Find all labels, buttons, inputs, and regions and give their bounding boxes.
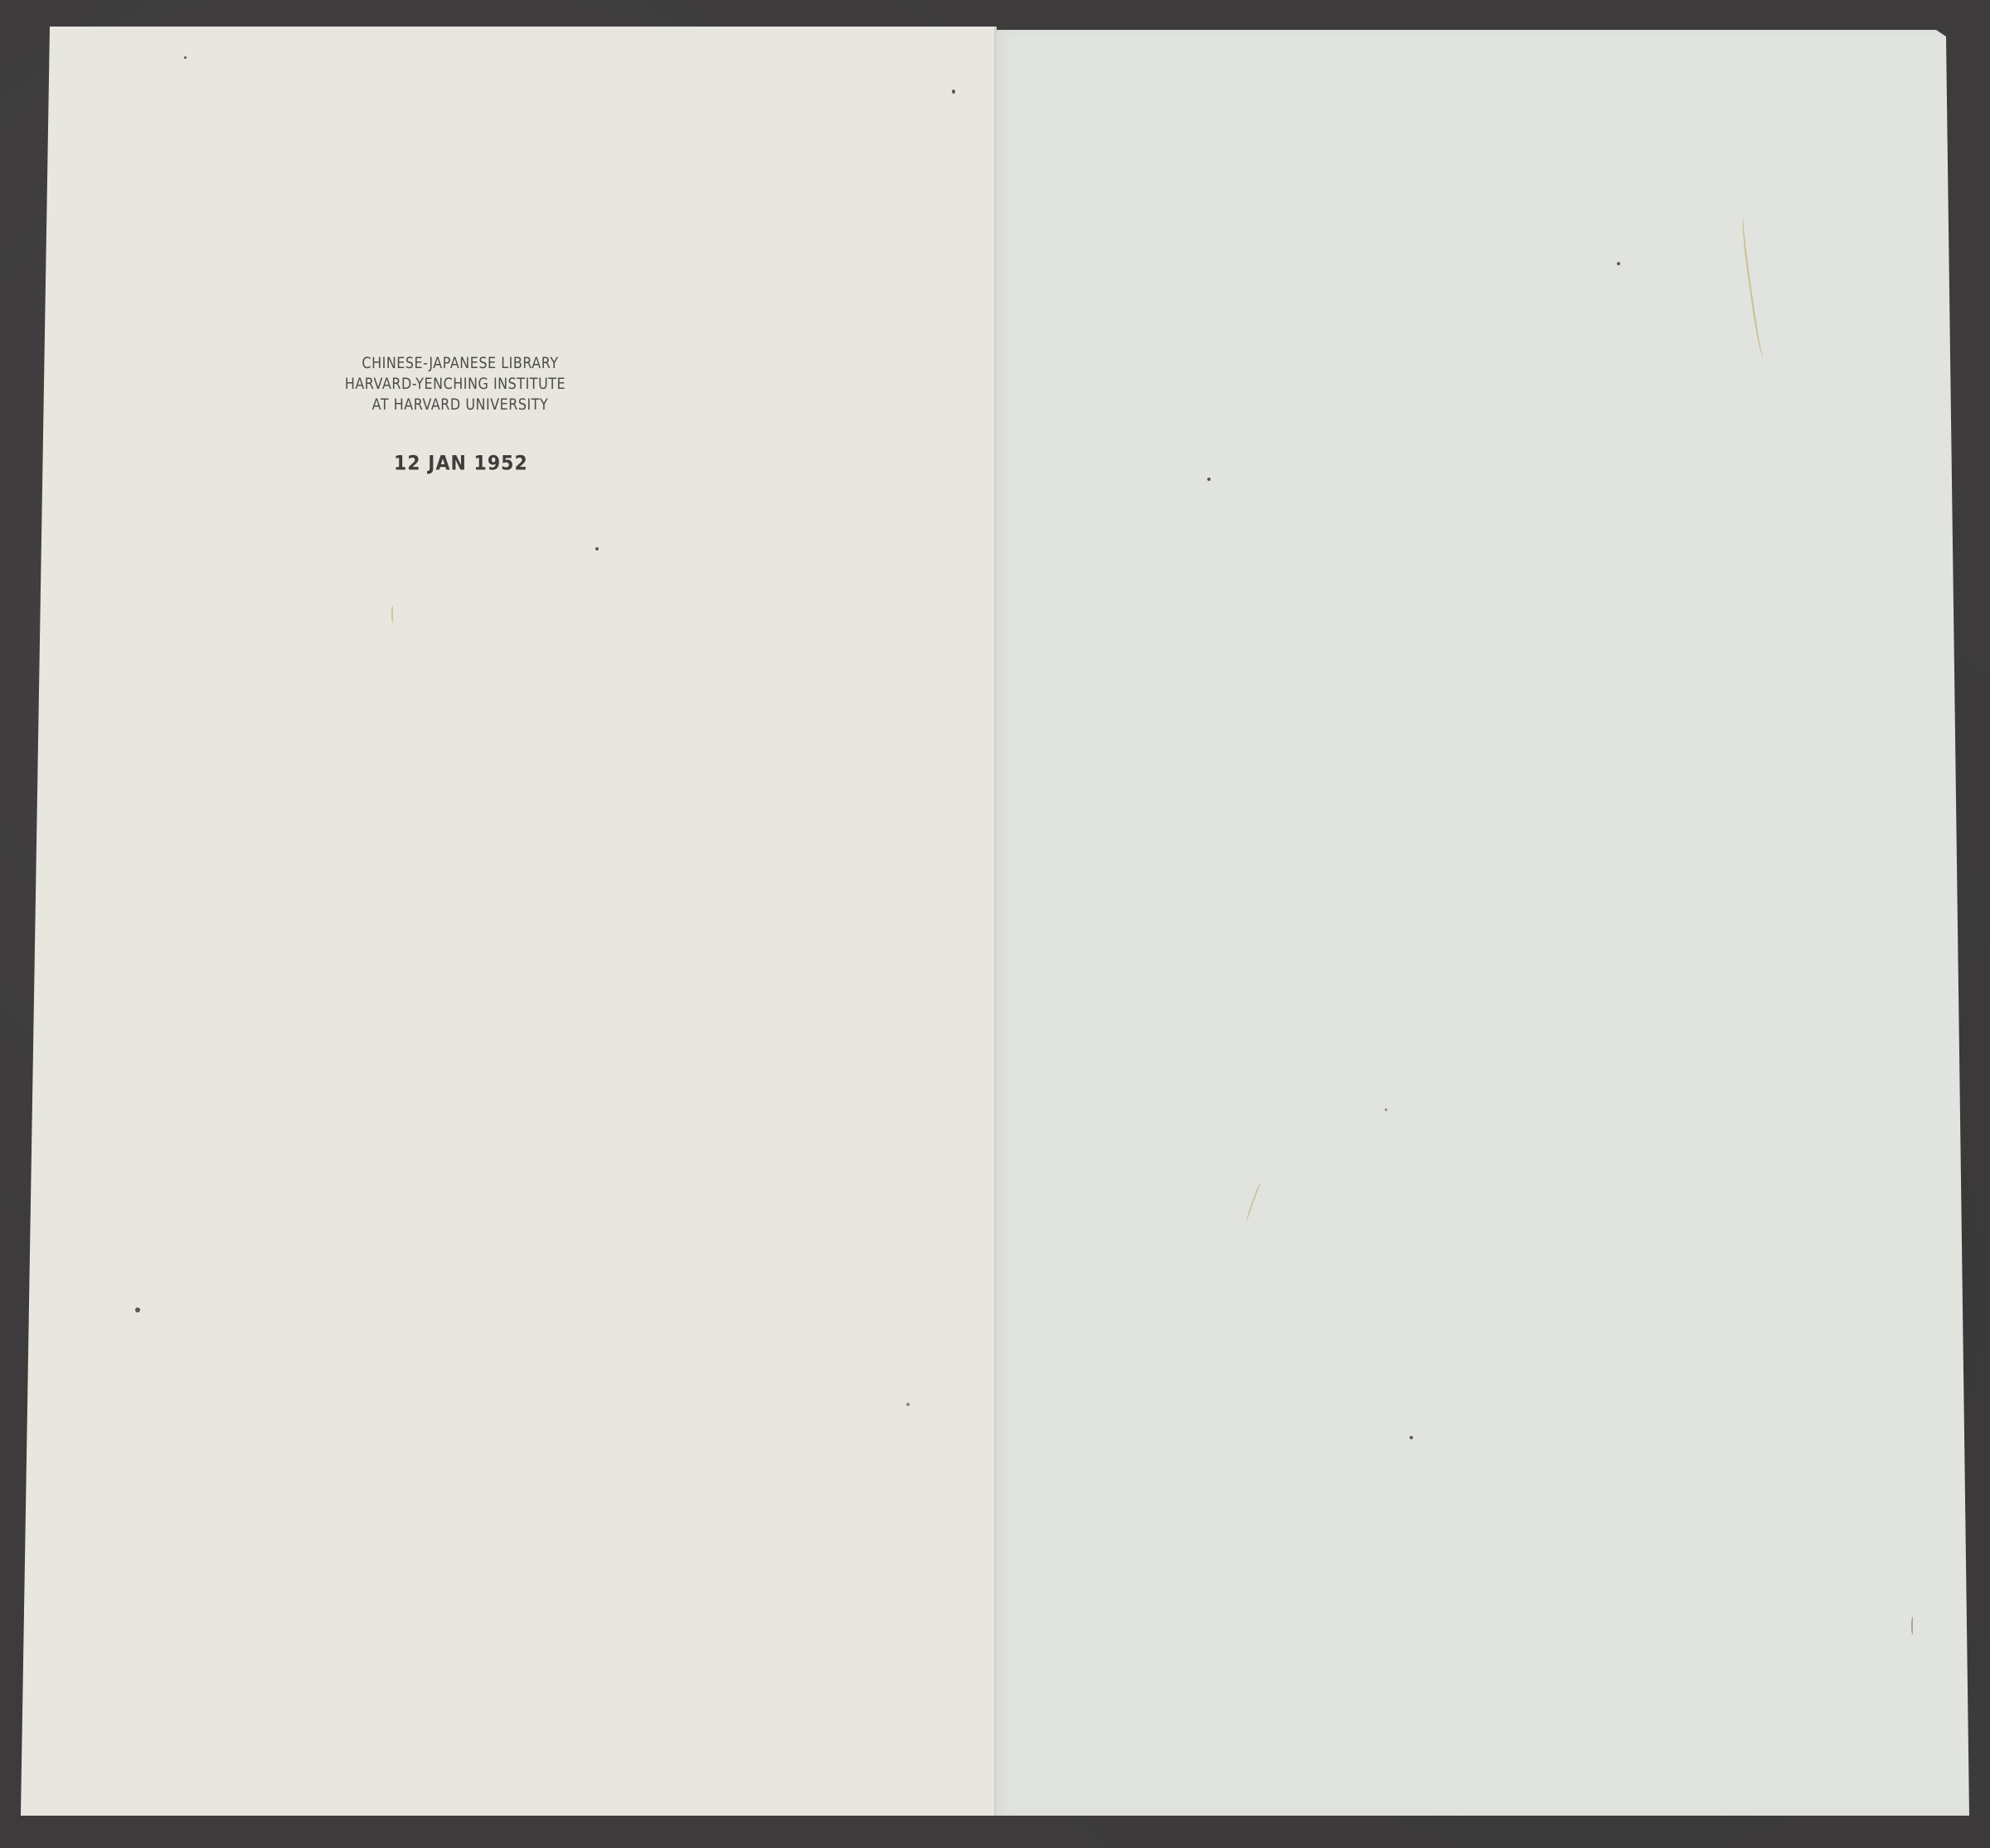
paper-speck (906, 1403, 910, 1406)
paper-speck (135, 1307, 140, 1312)
paper-speck (1617, 262, 1620, 265)
paper-speck (1207, 478, 1211, 481)
right-page (996, 30, 1969, 1816)
left-page (21, 27, 996, 1816)
paper-fiber (1911, 1617, 1915, 1635)
paper-fiber (391, 605, 396, 623)
library-ownership-stamp: CHINESE-JAPANESE LIBRARY HARVARD-YENCHIN… (336, 352, 585, 415)
paper-speck (595, 547, 599, 551)
paper-speck (184, 56, 187, 59)
accession-date-stamp: 12 JAN 1952 (394, 453, 528, 476)
paper-speck (1410, 1436, 1413, 1439)
paper-speck (952, 90, 955, 94)
book-gutter-fold (994, 27, 997, 1816)
paper-speck (1385, 1108, 1387, 1111)
stamp-line-university: AT HARVARD UNIVERSITY (336, 392, 585, 416)
